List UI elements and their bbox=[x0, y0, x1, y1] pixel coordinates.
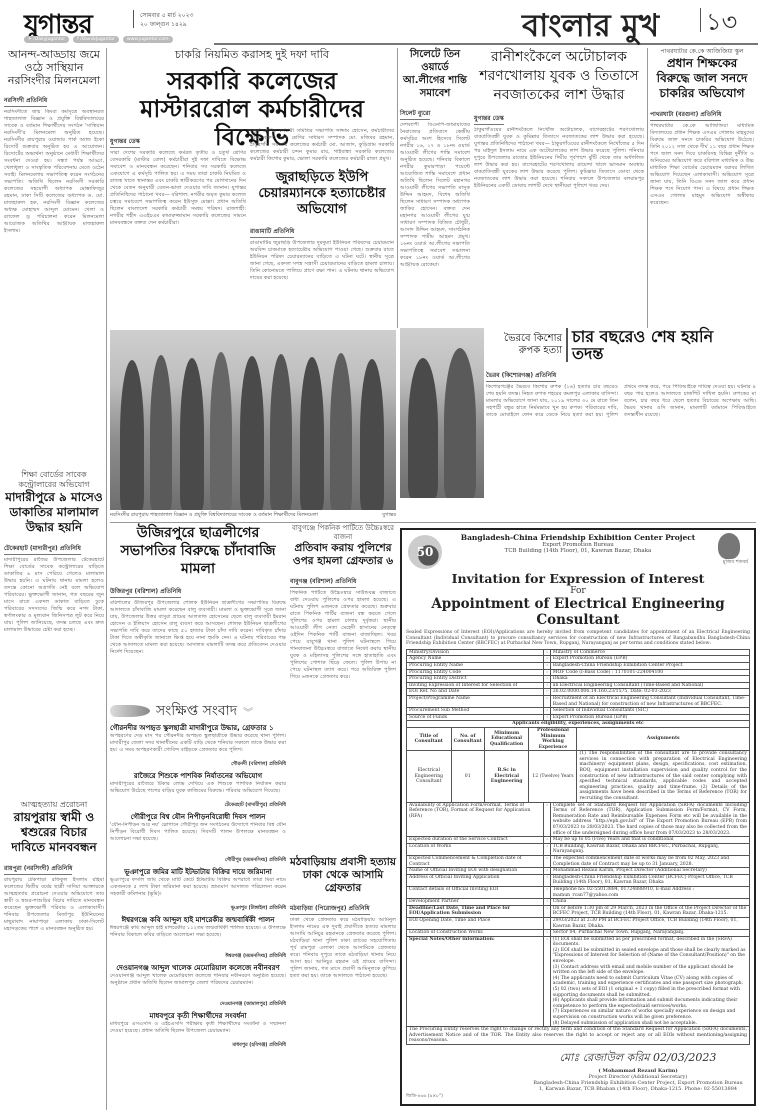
eoi-advertisement: 50 মুজিব শতবর্ষ Bangladesh-China Friends… bbox=[400, 528, 756, 1106]
ad-for: For bbox=[406, 586, 750, 596]
brief-news-item: ঈশ্বরগঞ্জে কবি আব্দুল হাই মাশরেকীর জন্মব… bbox=[110, 916, 286, 961]
table-row: Development Partner:China bbox=[407, 899, 750, 906]
lead-body-col2: চতুর্থ শ্রেণির কর্মচারী সমিতির সভাপতি সা… bbox=[250, 128, 394, 168]
brief-news-item: মাধবপুরে কৃতী শিক্ষার্থীদের সংবর্ধনা মাধ… bbox=[110, 1012, 286, 1050]
mujib-logo: মুজিব শতবর্ষ bbox=[708, 533, 748, 573]
article-body: পাথরঘাটার কে.কে আজিজিয়া মাধ্যমিক বিদ্যা… bbox=[650, 123, 754, 303]
brief-news-item: গৌরীপুরে বিশ্ব যৌন নিপীড়নবিরোধী দিবস পা… bbox=[110, 813, 286, 865]
article-sylhet: সিলেটে তিন ওয়ার্ডে আ.লীগের শান্তি সমাবে… bbox=[400, 48, 470, 328]
article-body: রাঙামাটির জুরাছড়ি উপজেলার দুমদুম্যা ইউন… bbox=[250, 240, 394, 335]
brief-news-list: গৌরনদীর অপহৃত স্কুলছাত্রী মাদারীপুরে উদ্… bbox=[110, 724, 286, 1050]
table-row: Location of Works:TCB Building, Kawran B… bbox=[407, 843, 750, 855]
ad-code: জিডি-৪৬৬ (৯×৮") bbox=[406, 1093, 443, 1100]
article-headline: রায়পুরায় স্বামী ও শ্বশুরের বিচার দাবিত… bbox=[4, 810, 104, 855]
divider bbox=[700, 8, 701, 32]
twitter-link[interactable]: ✦ /DailyJugantor bbox=[24, 36, 69, 43]
article-raipura-protest: আত্মহত্যায় প্ররোচনা রায়পুরায় স্বামী ও… bbox=[4, 800, 104, 1106]
article-shastian: আনন্দ-আড্ডায় জমে ওঠে সাস্থিয়ান নরসিংদী… bbox=[4, 48, 104, 348]
table-row: EOI Ref. No and Date:26.02.0000.006.14.1… bbox=[407, 689, 750, 696]
article-byline: যুগান্তর ডেস্ক bbox=[474, 113, 504, 125]
bhairab-photo bbox=[400, 328, 484, 498]
ad-subtitle: Appointment of Electrical Engineering Co… bbox=[406, 596, 750, 628]
special-notes-list: (1) EOI shall be submitted as per prescr… bbox=[550, 936, 749, 1027]
table-row: Contact details of Official Inviting EOI… bbox=[407, 886, 750, 898]
table-row: Name of Official Inviting EOI with desig… bbox=[407, 868, 750, 875]
section-title: বাংলার মুখ bbox=[522, 2, 659, 54]
jubilee-logo: 50 bbox=[408, 535, 442, 569]
article-byline: রাঙামাটি প্রতিনিধি bbox=[250, 226, 294, 238]
article-headline: উজিরপুরে ছাত্রলীগের সভাপতির বিরুদ্ধে চাঁ… bbox=[110, 524, 286, 578]
table-row: Expected duration of the Service Contrac… bbox=[407, 837, 750, 844]
column-rule bbox=[647, 48, 648, 328]
article-ujirpur: উজিরপুরে ছাত্রলীগের সভাপতির বিরুদ্ধে চাঁ… bbox=[110, 524, 286, 700]
article-byline: নরসিংদী প্রতিনিধি bbox=[4, 95, 47, 107]
table-row: Ministry/Division:Ministry of Commerce bbox=[407, 649, 750, 656]
article-headline: জুরাছড়িতে ইউপি চেয়ারম্যানকে হত্যাচেষ্ট… bbox=[250, 170, 394, 218]
article-headline: চার বছরেও শেষ হয়নি তদন্ত bbox=[568, 328, 718, 362]
article-byline: উজিরপুর (বরিশাল) প্রতিনিধি bbox=[110, 586, 181, 598]
article-headline: মঠবাড়িয়ায় প্রবাসী হত্যায় ঢাকা থেকে আ… bbox=[290, 856, 396, 895]
table-row: Procurement Sub Method:Selection of Indi… bbox=[407, 708, 750, 715]
article-babuganj: বাবুগঞ্জে পিকনিক পার্টিতে উচ্চৈঃস্বরে বা… bbox=[290, 524, 396, 854]
article-byline: মঠবাড়িয়া (পিরোজপুর) প্রতিনিধি bbox=[290, 903, 370, 915]
photo-caption: নরসিংদীর রায়পুরায় শাহজালাল বিজ্ঞান ও প… bbox=[110, 512, 396, 520]
article-byline: সিলেট ব্যুরো bbox=[400, 108, 430, 120]
article-kicker: শিক্ষা বোর্ডের সাবেক কন্ট্রোলারের অভিযোগ bbox=[4, 470, 104, 490]
signer-address: 1, Karwan Bazar, TCB Bhaban (14th Floor)… bbox=[526, 1086, 750, 1092]
article-headline: প্রতিবাদ করায় পুলিশের ওপর হামলা গ্রেফতা… bbox=[290, 542, 396, 568]
article-headline: সিলেটে তিন ওয়ার্ডে আ.লীগের শান্তি সমাবে… bbox=[400, 48, 470, 100]
brief-news-section: সংক্ষিপ্ত সংবাদ ︾ গৌরনদীর অপহৃত স্কুলছাত… bbox=[110, 700, 286, 1108]
eoi-detail-table: Availability of Application Form/Format,… bbox=[406, 802, 750, 1045]
article-juraichari: জুরাছড়িতে ইউপি চেয়ারম্যানকে হত্যাচেষ্ট… bbox=[250, 170, 394, 330]
article-body: রায়পুরায় টেকপাড়া রফিকুল ইসলাম রহিমা ক… bbox=[4, 877, 104, 1110]
divider bbox=[133, 10, 134, 28]
article-byline: ভৈরব (কিশোরগঞ্জ) প্রতিনিধি bbox=[486, 370, 556, 382]
facebook-icon: f bbox=[77, 37, 79, 42]
column-rule bbox=[397, 48, 398, 328]
pen-nib-icon bbox=[110, 705, 150, 717]
table-row: Special Notes/Other information:: (1) EO… bbox=[407, 936, 750, 1027]
table-row: Address of Official Inviting Application… bbox=[407, 874, 750, 886]
column-rule bbox=[106, 48, 107, 1110]
eoi-info-table: Ministry/Division:Ministry of Commerce A… bbox=[406, 649, 750, 728]
brief-news-item: ভূঞাপুরে জমির মাটি ইটভাটায় বিক্রির দায়… bbox=[110, 868, 286, 913]
masthead-rule bbox=[214, 43, 758, 45]
table-row: Procuring Entity Name:Bangladesh-China F… bbox=[407, 662, 750, 669]
article-body: দেশব্যাপী বিএনপি-জামায়াতের নৈরাজ্যের প্… bbox=[400, 122, 470, 337]
ad-org: Bangladesh-China Friendship Exhibition C… bbox=[406, 533, 750, 542]
table-row: EOI Opening Date, Time and Place:29/03/2… bbox=[407, 917, 750, 929]
article-byline: পাথরঘাটা (বরগুনা) প্রতিনিধি bbox=[650, 109, 721, 121]
signature: মোঃ রেজাউল করিম 02/03/2023 bbox=[526, 1049, 750, 1068]
table-row: Availability of Application Form/Format,… bbox=[407, 802, 750, 837]
article-body: সারা দেশের সরকারি কলেজে কর্মরত তৃতীয় ও … bbox=[110, 150, 246, 340]
article-body: নরসিংদীতে জন্ম কিংবা কর্মসূত্রে অবস্থানর… bbox=[4, 109, 104, 324]
article-body: কিশোরগঞ্জের ভৈরবে কিশোর রুপক (১৬) হত্যার… bbox=[486, 384, 756, 524]
article-headline: আনন্দ-আড্ডায় জমে ওঠে সাস্থিয়ান নরসিংদী… bbox=[4, 48, 104, 87]
table-row: Agency Name:Export Promotion Bureau (EPB… bbox=[407, 656, 750, 663]
article-headline: মাদারীপুরে ৯ মাসেও ডাকাতির মালামাল উদ্ধা… bbox=[4, 490, 104, 535]
date-line-2: ২০ ফাল্গুন ১৪২৯ bbox=[140, 19, 187, 30]
group-photo bbox=[110, 330, 396, 510]
table-header-row: Title of Consultant No. of Consultant Mi… bbox=[407, 727, 750, 750]
lead-kicker: চাকরি নিয়মিত করাসহ দুই দফা দাবি bbox=[110, 46, 394, 65]
chevron-down-icon: ︾ bbox=[243, 704, 253, 719]
article-patharghata: পাথরঘাটার কে.কে আজিজিয়া স্কুল প্রধান শি… bbox=[650, 48, 754, 328]
brief-news-title: সংক্ষিপ্ত সংবাদ bbox=[156, 699, 237, 723]
table-row: Inviting Expression of Interest for Sele… bbox=[407, 682, 750, 689]
table-row: Project/Programme Name:Recruitment of an… bbox=[407, 695, 750, 707]
social-links: ✦ /DailyJugantor f /DainikJugantor www.j… bbox=[24, 36, 173, 43]
page-number: ১৩ bbox=[706, 4, 737, 44]
article-body: পিকনিক পার্টিতে উচ্চৈঃস্বরে সাউন্ডবক্স ব… bbox=[290, 590, 396, 840]
lead-body-col1: যুগান্তর ডেস্ক সারা দেশের সরকারি কলেজে ক… bbox=[110, 128, 246, 328]
article-kicker: বাবুগঞ্জে পিকনিক পার্টিতে উচ্চৈঃস্বরে বা… bbox=[290, 524, 396, 542]
article-byline: যুগান্তর ডেস্ক bbox=[110, 136, 140, 148]
article-madaripur-robbery: শিক্ষা বোর্ডের সাবেক কন্ট্রোলারের অভিযোগ… bbox=[4, 470, 104, 830]
twitter-icon: ✦ bbox=[28, 37, 32, 42]
table-row: Electrical Engineering Consultant 01 B.S… bbox=[407, 751, 750, 802]
brief-news-item: রাজৈরে শিশুকে পাশবিক নির্যাতনের অভিযোগ ম… bbox=[110, 772, 286, 810]
article-byline: টেকেরহাট (মাদারীপুর) প্রতিনিধি bbox=[4, 543, 81, 555]
article-bhairab: ভৈরবে কিশোর রুপক হত্যা চার বছরেও শেষ হয়… bbox=[486, 328, 756, 518]
article-headline: রানীশংকৈলে অটোচালক শরণখোলায় যুবক ও তিতা… bbox=[474, 48, 644, 105]
ad-intro: Sealed Expressions of Interest (EOI)/App… bbox=[406, 630, 750, 647]
ad-sub2: TCB Building (14th Floor), 01, Kawran Ba… bbox=[406, 548, 750, 554]
eligibility-table: Title of Consultant No. of Consultant Mi… bbox=[406, 727, 750, 803]
table-row: Location of Construction Works:Sector 04… bbox=[407, 930, 750, 937]
table-row: Procuring Entity District:Dhaka bbox=[407, 676, 750, 683]
article-byline: বাবুগঞ্জ (বরিশাল) প্রতিনিধি bbox=[290, 576, 356, 588]
brief-news-item: দেওয়ানগঞ্জ আব্দুল খালেক মেমোরিয়াল কলেজ… bbox=[110, 964, 286, 1009]
article-body: ঠাকুরগাঁওয়ের রানীশংকৈলে নিখোঁজ অটোচালক,… bbox=[474, 127, 644, 323]
article-kicker: পাথরঘাটার কে.কে আজিজিয়া স্কুল bbox=[650, 48, 754, 56]
table-row: Source of Funds:Export Promotion Bureau … bbox=[407, 714, 750, 721]
masthead: যুগান্তর সোমবার ৫ মার্চ ২০২৩ ২০ ফাল্গুন … bbox=[0, 0, 758, 46]
website-link[interactable]: www.jugantor.com bbox=[123, 36, 173, 43]
article-kicker: ভৈরবে কিশোর রুপক হত্যা bbox=[486, 333, 566, 357]
table-row: The Procuring Entity reserves the right … bbox=[407, 1027, 750, 1045]
article-headline: প্রধান শিক্ষকের বিরুদ্ধে জাল সনদে চাকরির… bbox=[650, 56, 754, 101]
table-row: Procuring Entity Code:MOF Code (I-Bass C… bbox=[407, 669, 750, 676]
signature-block: মোঃ রেজাউল করিম 02/03/2023 ( Mohammad Re… bbox=[526, 1049, 750, 1092]
facebook-link[interactable]: f /DainikJugantor bbox=[73, 36, 119, 43]
article-byline: রায়পুরা (নরসিংদী) প্রতিনিধি bbox=[4, 863, 72, 875]
article-body: চতুর্থ শ্রেণির কর্মচারী সমিতির সভাপতি সা… bbox=[250, 128, 394, 168]
article-mathbaria: মঠবাড়িয়ায় প্রবাসী হত্যায় ঢাকা থেকে আ… bbox=[290, 856, 396, 1106]
article-body: ঢাকা থেকে গ্রেফতার করে মঠবাড়িয়ায় আমিন… bbox=[290, 917, 396, 1107]
table-row: Expected Commencement & Completion date … bbox=[407, 855, 750, 867]
article-kicker: আত্মহত্যায় প্ররোচনা bbox=[4, 800, 104, 810]
brief-news-item: গৌরনদীর অপহৃত স্কুলছাত্রী মাদারীপুরে উদ্… bbox=[110, 724, 286, 769]
table-row: Deadline/Last Date, Time and Place for E… bbox=[407, 905, 750, 917]
article-ranisankail: রানীশংকৈলে অটোচালক শরণখোলায় যুবক ও তিতা… bbox=[474, 48, 644, 328]
section-rule bbox=[110, 522, 756, 523]
